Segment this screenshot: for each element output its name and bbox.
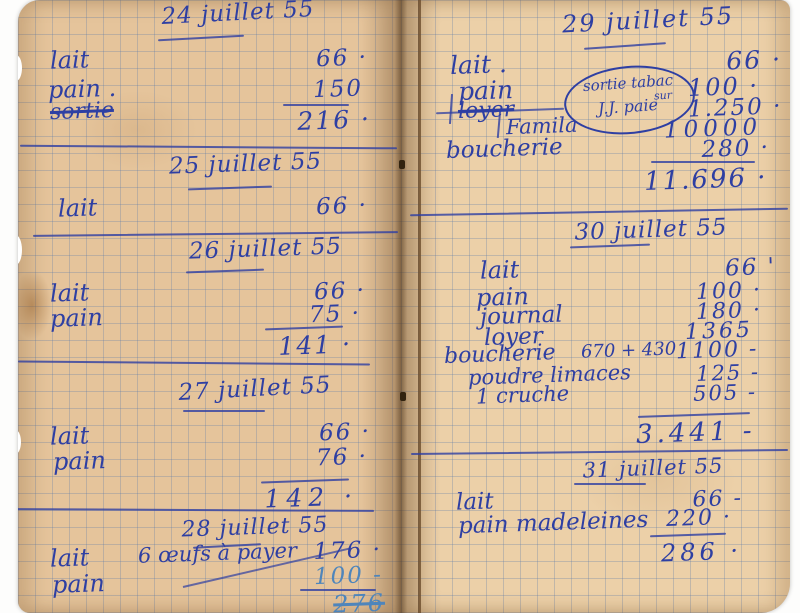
- entry-value: 66 ·: [286, 421, 372, 447]
- entry-note: 670 + 430: [581, 340, 677, 361]
- entry-label: pain: [50, 305, 104, 331]
- notebook: 24 juillet 55 lait 66 · pain . 150 sorti…: [18, 0, 790, 613]
- entry-value: 66 ·: [278, 194, 369, 220]
- entry-note: 6 œufs à payer: [138, 540, 298, 567]
- entry-label: boucherie: [446, 136, 563, 163]
- entry-value: 505 -: [681, 382, 758, 406]
- entry-label: pain: [53, 448, 107, 474]
- entry-label: 1 cruche: [476, 383, 570, 407]
- staple-bottom: [400, 392, 406, 401]
- binding-line: [418, 0, 421, 613]
- entry-label: lait: [480, 257, 520, 282]
- entry-value: 220 ·: [658, 507, 733, 532]
- staple-top: [399, 160, 405, 169]
- date-underline: [574, 483, 646, 485]
- section-total: 11.696 ·: [644, 165, 759, 195]
- notebook-photo: 24 juillet 55 lait 66 · pain . 150 sorti…: [0, 0, 800, 613]
- entry-value: 66 ·: [278, 46, 369, 72]
- entry-label: pain: [52, 571, 106, 597]
- entry-value: 75 ·: [271, 302, 362, 328]
- entry-value: 66 ·: [696, 47, 783, 75]
- section-total: 3.441 -: [636, 418, 751, 448]
- entry-label: lait: [50, 280, 90, 305]
- entry-value: 76 ·: [283, 446, 369, 472]
- section-total: 141 ·: [256, 331, 353, 359]
- entry-label: lait: [456, 490, 494, 514]
- section-total: 142 ·: [258, 483, 359, 511]
- entry-value: 176 ·: [306, 539, 383, 565]
- entry-label: lait: [50, 423, 90, 448]
- entry-value: 150: [273, 77, 364, 103]
- crossed-out-word: sortie: [50, 100, 115, 124]
- entry-label: lait: [50, 47, 90, 72]
- section-total: 286 ·: [656, 539, 743, 566]
- entry-label: lait: [58, 195, 98, 220]
- entry-label: lait .: [450, 51, 508, 78]
- entry-value: 280 ·: [690, 137, 771, 163]
- section-total: 276: [311, 591, 386, 613]
- entry-value: 100 -: [311, 564, 384, 589]
- section-total: 216 ·: [271, 106, 372, 134]
- entry-label: lait: [50, 545, 90, 570]
- date-underline: [183, 410, 265, 412]
